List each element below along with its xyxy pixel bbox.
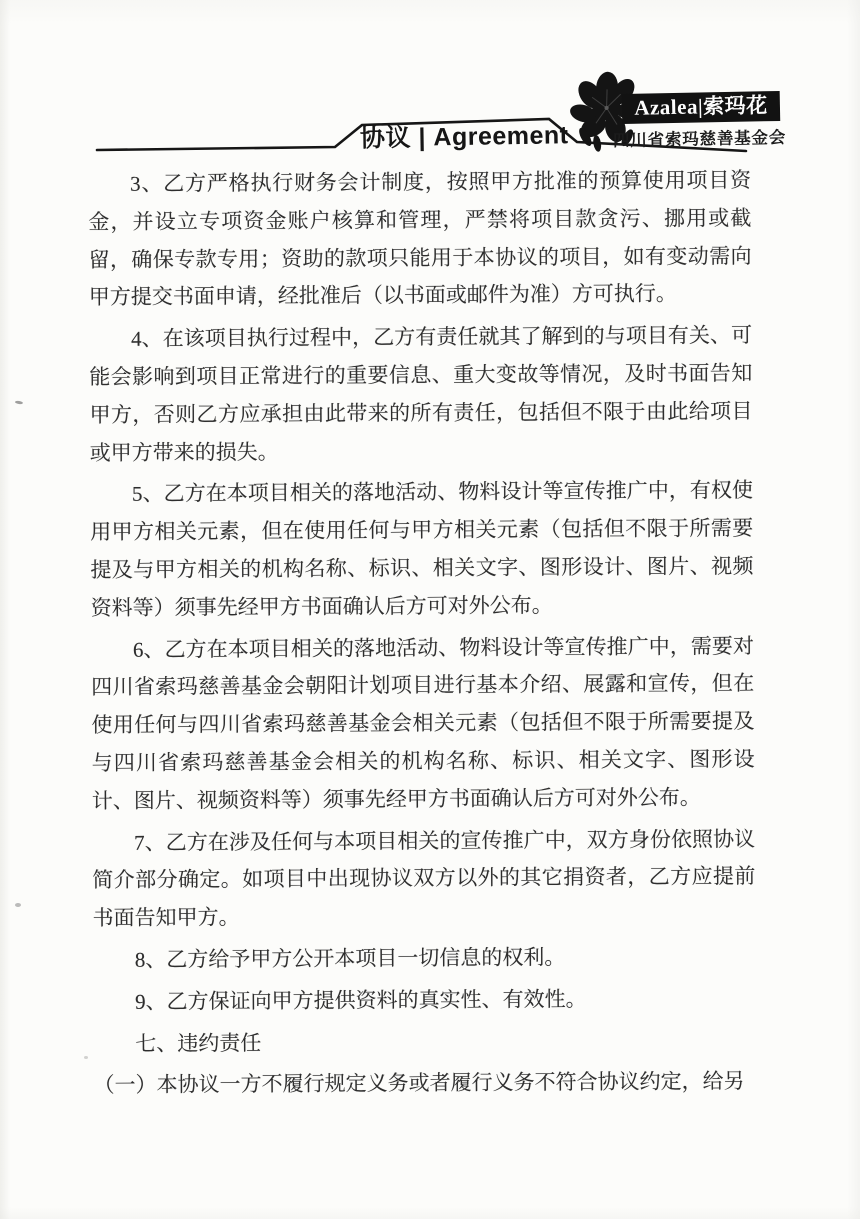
clause-5: 5、乙方在本项目相关的落地活动、物料设计等宣传推广中，有权使用甲方相关元素，但在… xyxy=(90,472,754,627)
clause-9: 9、乙方保证向甲方提供资料的真实性、有效性。 xyxy=(93,980,756,1022)
scan-speck xyxy=(15,903,21,907)
logo-brand-banner: Azalea|索玛花 xyxy=(622,91,781,124)
clause-3: 3、乙方严格执行财务会计制度，按照甲方批准的预算使用项目资金，并设立专项资金账户… xyxy=(88,162,752,317)
scan-speck xyxy=(15,400,23,404)
agreement-banner-title: 协议 | Agreement xyxy=(360,118,553,155)
section-seven-heading: 七、违约责任 xyxy=(93,1021,756,1063)
clause-seven-1: （一）本协议一方不履行规定义务或者履行义务不符合协议约定，给另 xyxy=(94,1063,757,1105)
clause-8: 8、乙方给予甲方公开本项目一切信息的权利。 xyxy=(93,938,756,980)
logo-org-name: 四川省索玛慈善基金会 xyxy=(610,124,788,151)
agreement-body: 3、乙方严格执行财务会计制度，按照甲方批准的预算使用项目资金，并设立专项资金账户… xyxy=(88,162,757,1109)
clause-4: 4、在该项目执行过程中，乙方有责任就其了解到的与项目有关、可能会影响到项目正常进… xyxy=(89,317,753,472)
scan-speck xyxy=(84,1056,88,1059)
scanned-agreement-page: 协议 | Agreement xyxy=(0,0,860,1219)
clause-6: 6、乙方在本项目相关的落地活动、物料设计等宣传推广中，需要对四川省索玛慈善基金会… xyxy=(91,628,755,821)
foundation-logo: Azalea|索玛花 四川省索玛慈善基金会 xyxy=(557,64,789,156)
clause-7: 7、乙方在涉及任何与本项目相关的宣传推广中，双方身份依照协议简介部分确定。如项目… xyxy=(92,820,756,937)
